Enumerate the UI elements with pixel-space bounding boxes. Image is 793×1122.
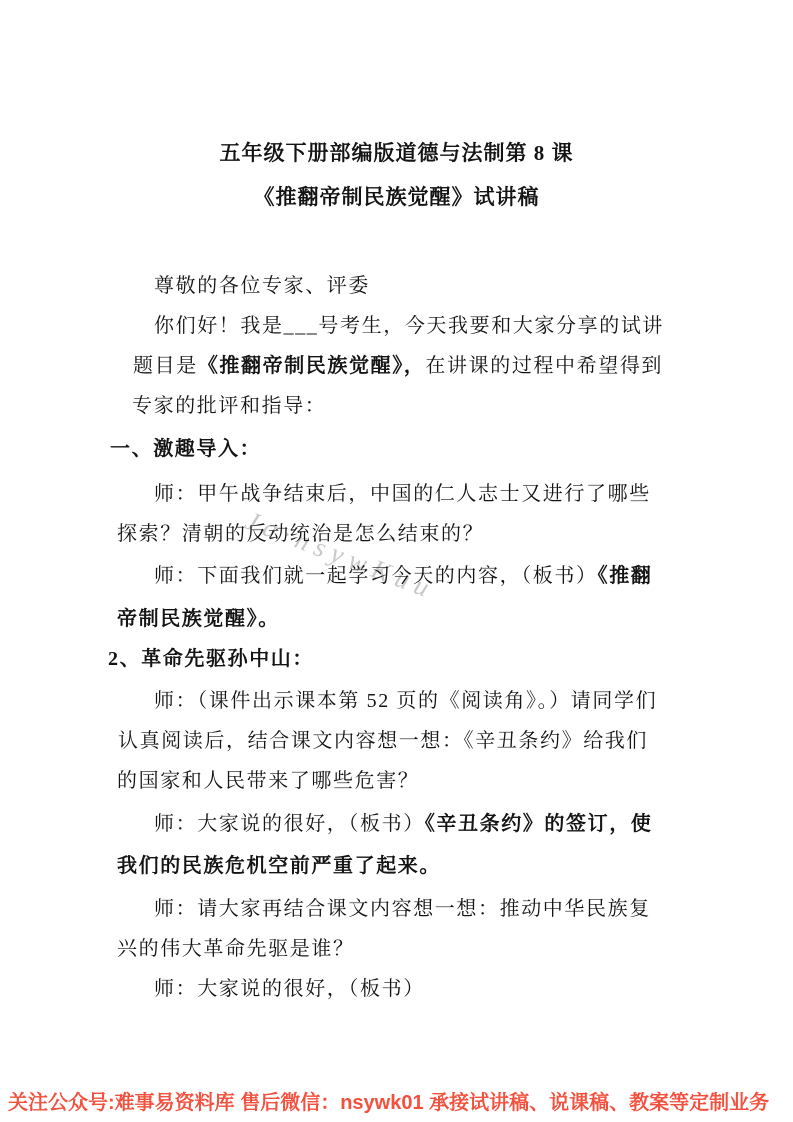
text-line: 师：甲午战争结束后，中国的仁人志士又进行了哪些: [154, 481, 651, 507]
text-run: 题目是: [133, 355, 198, 377]
text-run-bold: 一、激趣导入：: [110, 438, 261, 460]
text-line: 师：大家说的很好，（板书）: [154, 976, 425, 1002]
text-run-bold: 《推翻帝制民族觉醒》，: [198, 355, 426, 377]
text-run: ___: [284, 315, 319, 337]
text-run: 号考生，今天我要和大家分享的试讲: [318, 315, 664, 337]
text-run: 认真阅读后，结合课文内容想一想：《辛丑条约》给我们: [118, 730, 648, 752]
text-line: 探索？清朝的反动统治是怎么结束的？: [117, 521, 484, 547]
text-run: 探索？清朝的反动统治是怎么结束的？: [117, 523, 484, 545]
text-run: 师：甲午战争结束后，中国的仁人志士又进行了哪些: [154, 483, 651, 505]
text-run: 兴的伟大革命先驱是谁？: [117, 938, 355, 960]
text-line: 师：大家说的很好，（板书）《辛丑条约》的签订，使: [154, 811, 652, 837]
text-run-bold: 《推翻: [598, 565, 653, 587]
text-run-bold: 《辛丑条约》的签订，使: [425, 813, 653, 835]
text-run-bold: 帝制民族觉醒》。: [117, 608, 280, 630]
text-line: 一、激趣导入：: [110, 436, 261, 462]
text-line: 帝制民族觉醒》。: [117, 606, 280, 632]
text-run: 师：大家说的很好，（板书）: [154, 978, 425, 1000]
text-run: 在讲课的过程中希望得到: [425, 355, 663, 377]
text-run-bold: 2、革命先驱孙中山：: [108, 648, 314, 670]
text-line: 专家的批评和指导：: [132, 393, 326, 419]
text-line: 的国家和人民带来了哪些危害？: [117, 768, 419, 794]
text-line: 题目是《推翻帝制民族觉醒》，在讲课的过程中希望得到: [133, 353, 663, 379]
text-run: 尊敬的各位专家、评委: [154, 275, 370, 297]
text-line: 2、革命先驱孙中山：: [108, 646, 314, 672]
text-run: 师：请大家再结合课文内容想一想：推动中华民族复: [154, 898, 651, 920]
text-line: 你们好！我是___号考生，今天我要和大家分享的试讲: [154, 313, 664, 339]
text-run-bold: 我们的民族危机空前严重了起来。: [117, 855, 441, 877]
footer-promo-text: 关注公众号:难事易资料库 售后微信：nsywk01 承接试讲稿、说课稿、教案等定…: [8, 1086, 769, 1115]
text-run: 师：下面我们就一起学习今天的内容，（板书）: [154, 565, 598, 587]
text-run: 师：大家说的很好，（板书）: [154, 813, 425, 835]
text-run: 的国家和人民带来了哪些危害？: [117, 770, 419, 792]
text-run: 师：（课件出示课本第 52 页的《阅读角》。）请同学们: [154, 690, 657, 712]
text-line: 尊敬的各位专家、评委: [154, 273, 370, 299]
text-line: 师：（课件出示课本第 52 页的《阅读角》。）请同学们: [154, 688, 657, 714]
text-line: 师：请大家再结合课文内容想一想：推动中华民族复: [154, 896, 651, 922]
text-run: 你们好！我是: [154, 315, 284, 337]
document-page: 五年级下册部编版道德与法制第 8 课 《推翻帝制民族觉醒》试讲稿 Ja·nsyw…: [0, 0, 793, 1122]
text-line: 我们的民族危机空前严重了起来。: [117, 853, 441, 879]
text-line: 师：下面我们就一起学习今天的内容，（板书）《推翻: [154, 563, 652, 589]
body-lines: 尊敬的各位专家、评委你们好！我是___号考生，今天我要和大家分享的试讲题目是《推…: [0, 0, 793, 1122]
text-run: 专家的批评和指导：: [132, 395, 326, 417]
text-line: 兴的伟大革命先驱是谁？: [117, 936, 355, 962]
text-line: 认真阅读后，结合课文内容想一想：《辛丑条约》给我们: [118, 728, 648, 754]
